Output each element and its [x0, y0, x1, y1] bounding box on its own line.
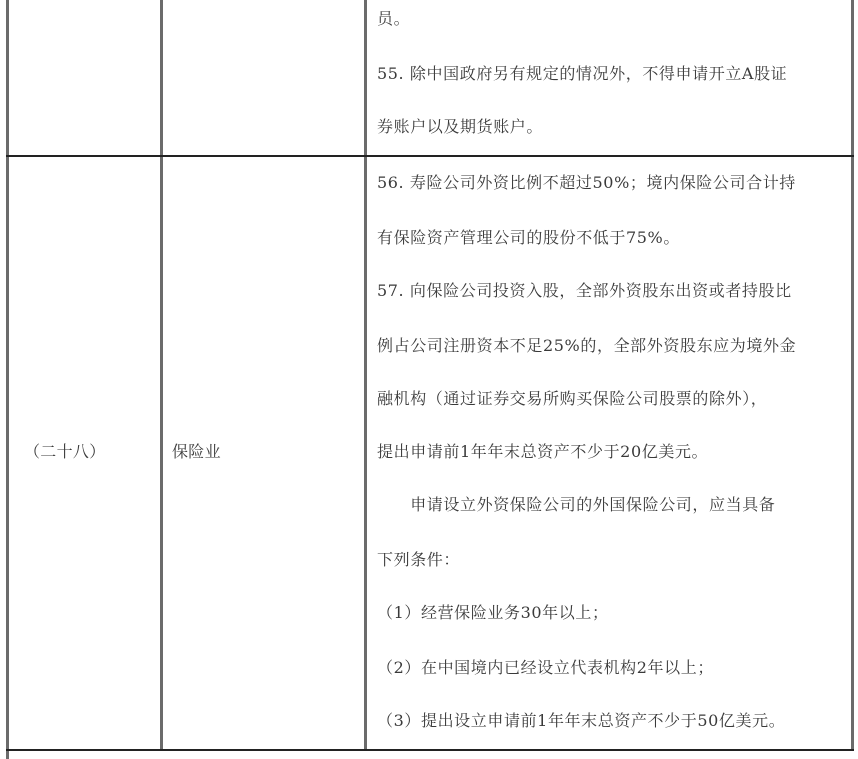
clause-line-3: 57. 向保险公司投资入股，全部外资股东出资或者持股比: [377, 281, 792, 301]
row-divider: [6, 155, 854, 157]
clause-line-11: （3）提出设立申请前1年年末总资产不少于50亿美元。: [377, 711, 785, 731]
table-border-left: [6, 0, 9, 759]
prev-line-3: 券账户以及期货账户。: [377, 117, 543, 137]
clause-line-5: 融机构（通过证券交易所购买保险公司股票的除外），: [377, 389, 767, 409]
prev-line-1: 员。: [377, 9, 410, 29]
clause-line-2: 有保险资产管理公司的股份不低于75%。: [377, 228, 680, 248]
row-divider-bottom: [6, 749, 854, 751]
clause-line-1: 56. 寿险公司外资比例不超过50%；境内保险公司合计持: [377, 173, 796, 193]
table-border-right: [851, 0, 854, 751]
column-divider-2: [364, 0, 367, 751]
clause-line-4: 例占公司注册资本不足25%的，全部外资股东应为境外金: [377, 336, 796, 356]
prev-line-2: 55. 除中国政府另有规定的情况外，不得申请开立A股证: [377, 64, 787, 84]
clause-line-10: （2）在中国境内已经设立代表机构2年以上；: [377, 658, 714, 678]
clause-line-6: 提出申请前1年年末总资产不少于20亿美元。: [377, 442, 708, 462]
row-number-cell: （二十八）: [24, 442, 106, 462]
clause-line-8: 下列条件：: [377, 550, 460, 570]
clause-line-9: （1）经营保险业务30年以上；: [377, 603, 609, 623]
clause-line-7: 申请设立外资保险公司的外国保险公司，应当具备: [377, 495, 775, 515]
industry-cell: 保险业: [172, 442, 221, 462]
column-divider-1: [160, 0, 163, 751]
